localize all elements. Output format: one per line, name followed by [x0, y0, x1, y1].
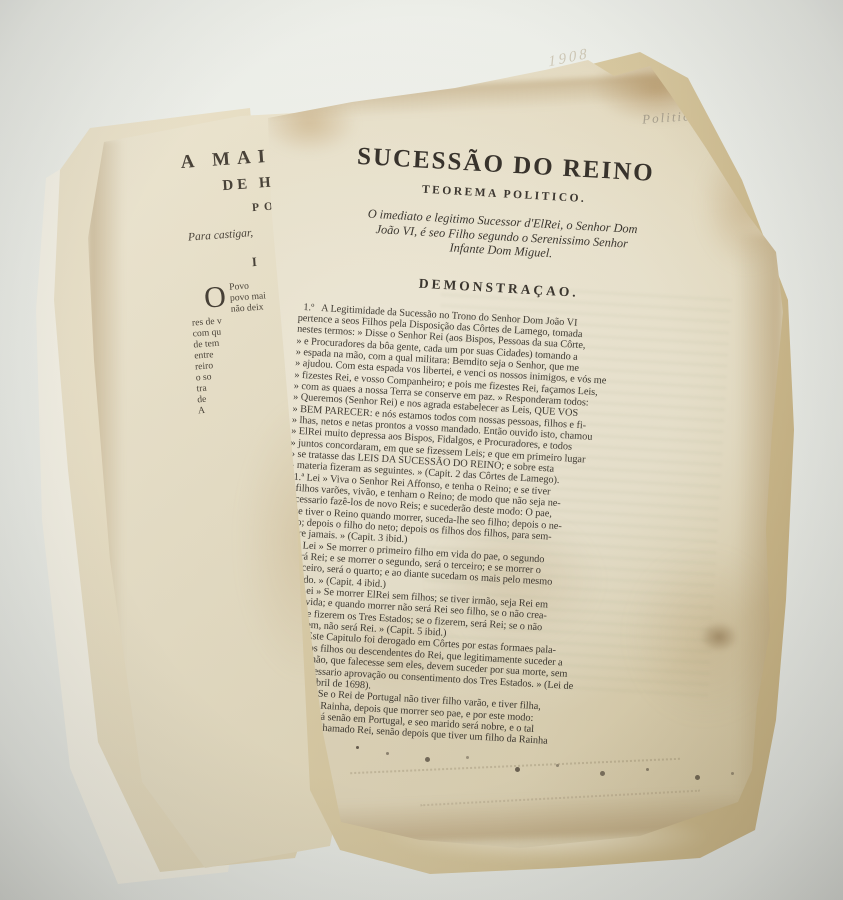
back-dropcap: O: [203, 284, 226, 311]
bleedthrough-handwriting: [350, 755, 680, 774]
main-page-content: SUCESSÃO DO REINO TEOREMA POLITICO. O im…: [274, 140, 705, 754]
section-heading: DEMONSTRAÇAO.: [300, 268, 698, 307]
body-text: 1.º A Legitimidade da Sucessão no Trono …: [274, 301, 696, 754]
ink-specks: [356, 746, 359, 749]
photograph-of-antique-pamphlets: A MAI DE HUM POS Para castigar, I O Povo…: [0, 0, 843, 900]
dedication: O imediato e legitimo Sucessor d'ElRei, …: [302, 203, 702, 269]
